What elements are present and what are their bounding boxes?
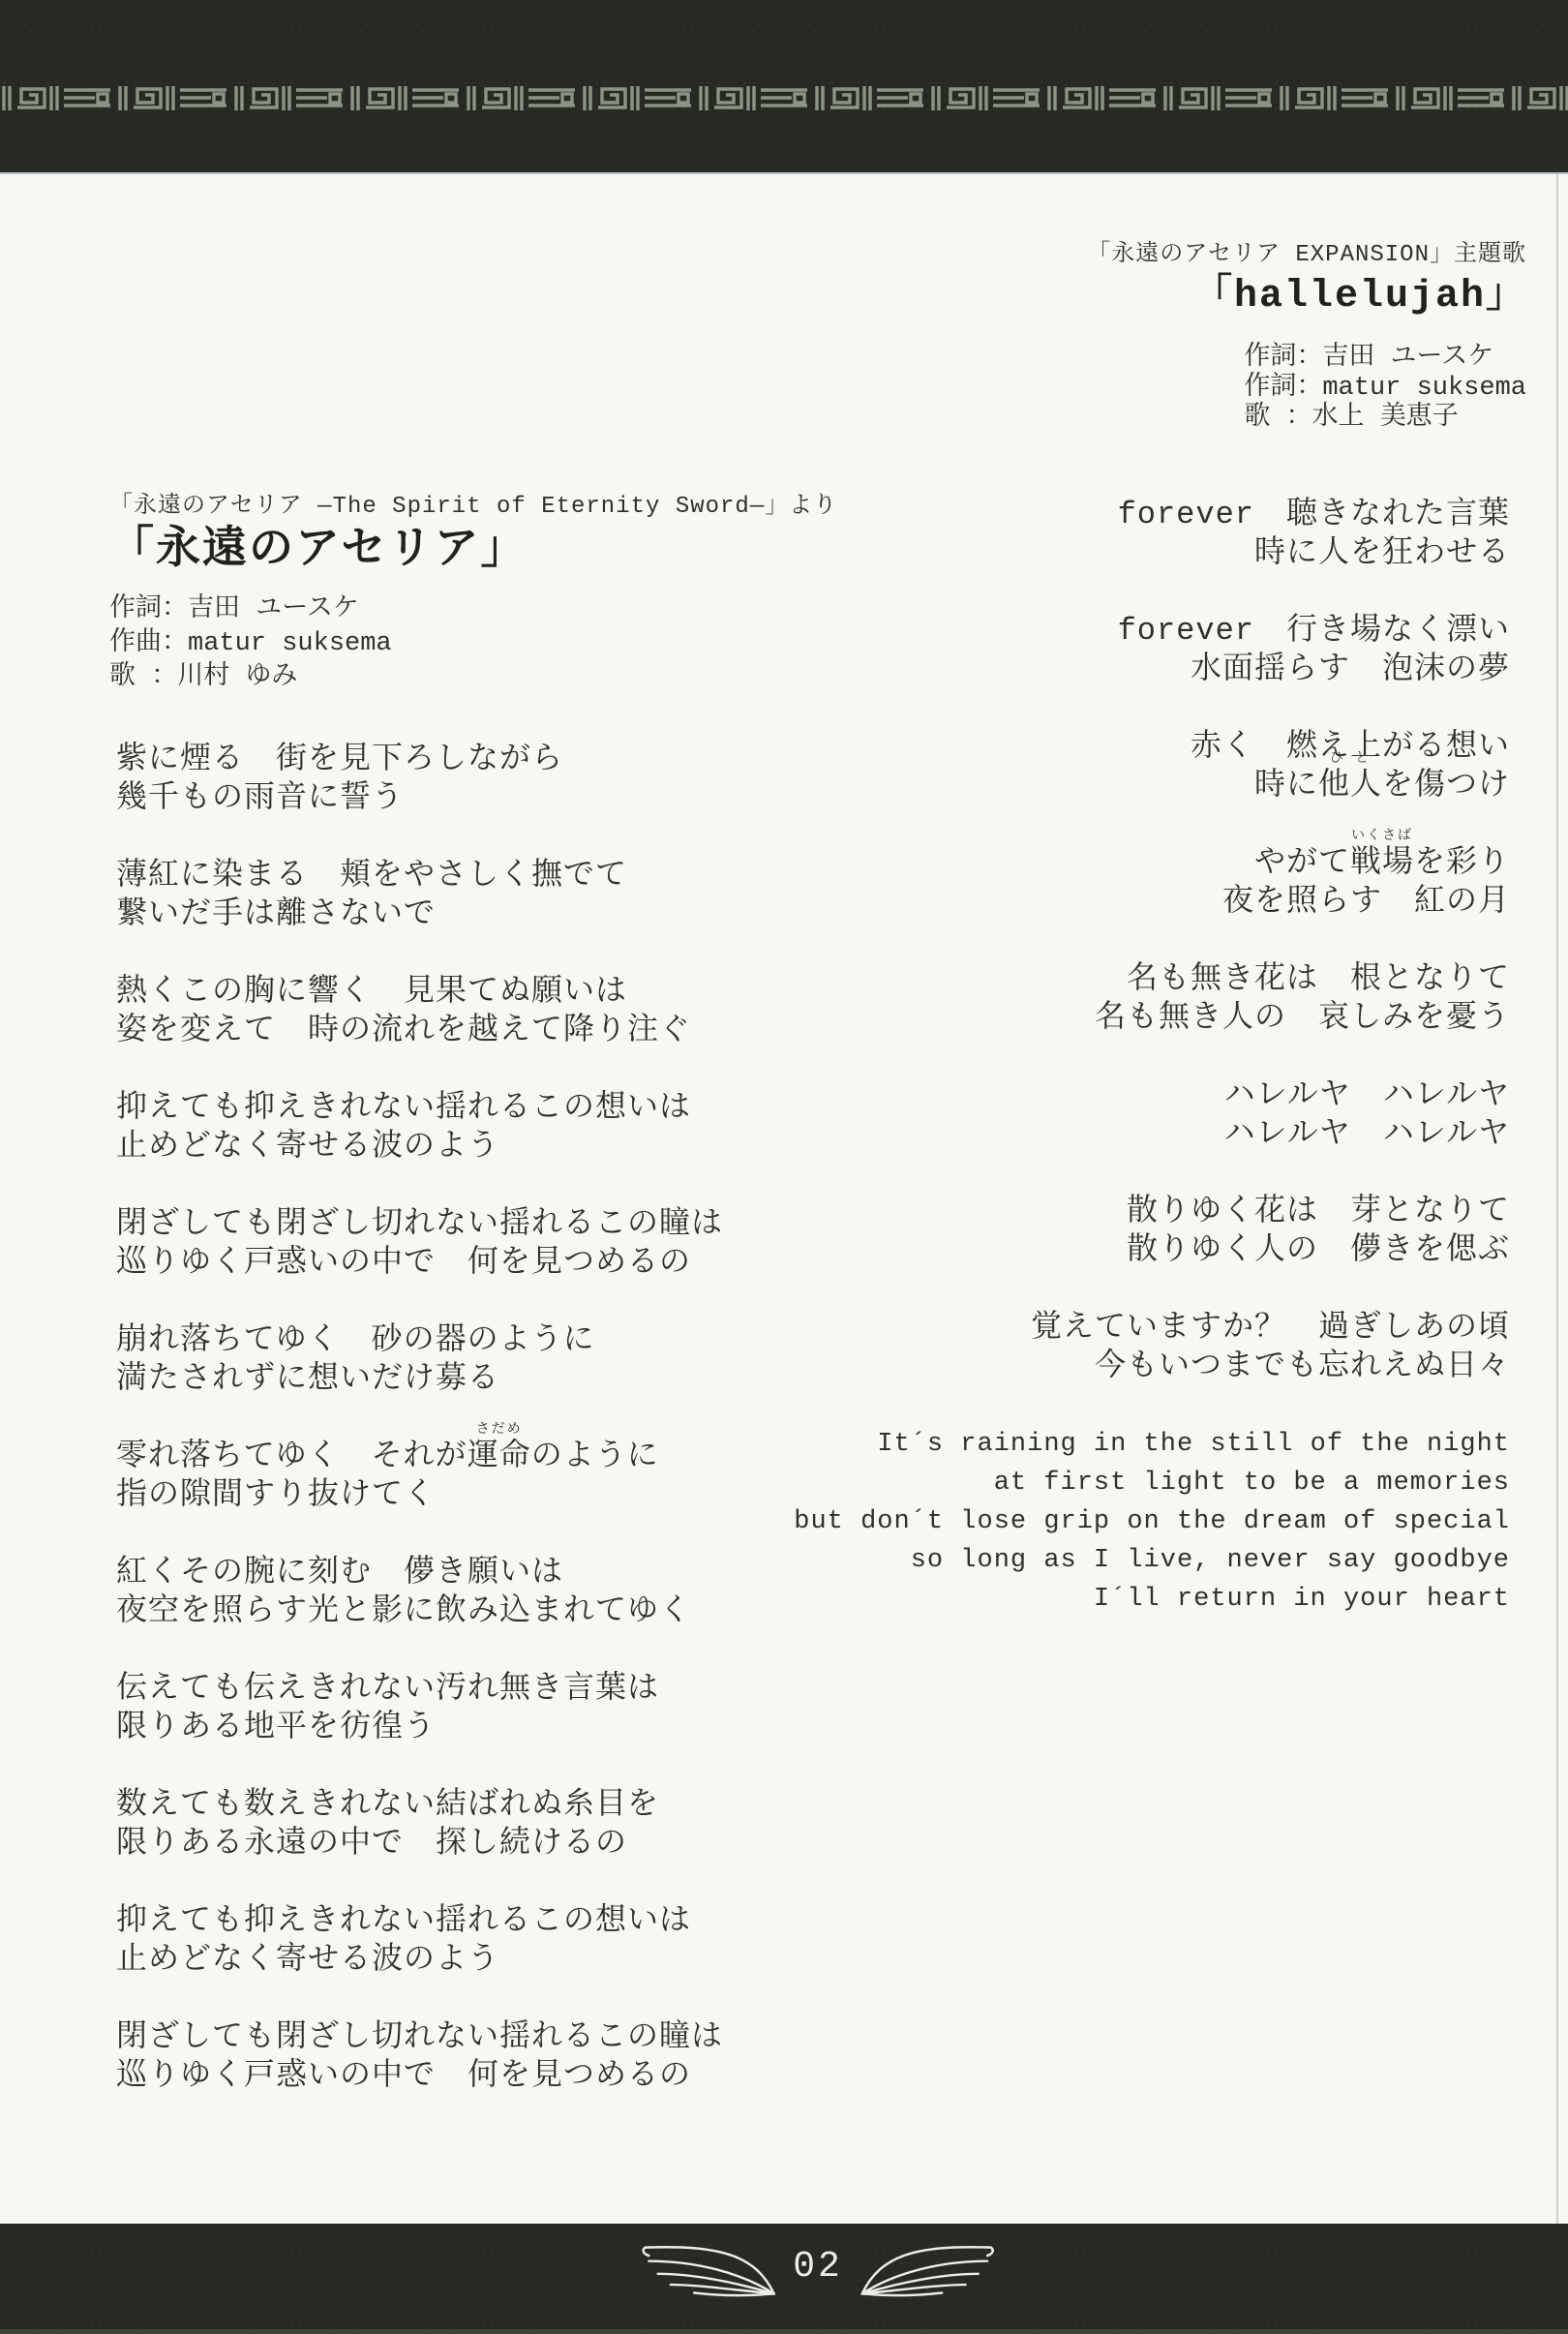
lyric-line: 今もいつまでも忘れえぬ日々 [794, 1348, 1510, 1386]
lyric-line: 夜を照らす 紅の月 [794, 883, 1510, 922]
lyric-line: 繋いだ手は離さないで [116, 895, 723, 934]
lyric-line: 時に人を狂わせる [794, 534, 1510, 573]
song1-title: 「永遠のアセリア」 [109, 524, 837, 578]
song2-header: 「永遠のアセリア EXPANSION」主題歌 「hallelujah」 作詞：吉… [1087, 239, 1526, 434]
lyric-line: 伝えても伝えきれない汚れ無き言葉は [116, 1670, 723, 1709]
footer-band: 02 [0, 2224, 1568, 2334]
scan-bottom-edge [0, 2329, 1568, 2334]
song1-lyrics-column: 紫に煙る 街を見下ろしながら 幾千もの雨音に誓う 薄紅に染まる 頬をやさしく撫で… [116, 741, 723, 2135]
lyric-line: 紅くその腕に刻む 儚き願いは [116, 1554, 723, 1592]
lyric-stanza: 零れ落ちてゆく それがさだめ運命のように 指の隙間すり抜けてく [116, 1438, 723, 1515]
credit-line: 作詞：吉田 ユースケ [109, 593, 392, 627]
lyric-line-with-furigana: 零れ落ちてゆく それがさだめ運命のように [116, 1438, 723, 1476]
kufic-pattern-border [0, 85, 1568, 111]
paper-area: 「永遠のアセリア EXPANSION」主題歌 「hallelujah」 作詞：吉… [0, 172, 1568, 2224]
lyric-stanza: 散りゆく花は 芽となりて 散りゆく人の 儚きを偲ぶ [794, 1193, 1510, 1270]
lyric-line: forever 行き場なく漂い [794, 612, 1510, 651]
lyric-line: 満たされずに想いだけ募る [116, 1360, 723, 1399]
lyric-line: 紫に煙る 街を見下ろしながら [116, 741, 723, 779]
lyric-stanza: 抑えても抑えきれない揺れるこの想いは 止めどなく寄せる波のよう [116, 1902, 723, 1980]
lyric-line: 薄紅に染まる 頬をやさしく撫でて [116, 857, 723, 895]
lyric-line: 幾千もの雨音に誓う [116, 779, 723, 818]
lyric-stanza: 名も無き花は 根となりて 名も無き人の 哀しみを憂う [794, 960, 1510, 1038]
ruby-pre: 時に [1254, 768, 1318, 803]
lyric-stanza: 紫に煙る 街を見下ろしながら 幾千もの雨音に誓う [116, 741, 723, 818]
ruby-base-text: 他人 [1318, 768, 1382, 803]
song1-header: 「永遠のアセリア ―The Spirit of Eternity Sword―」… [109, 491, 837, 695]
lyric-line: 止めどなく寄せる波のよう [116, 1941, 723, 1980]
lyric-line: 覚えていますか？ 過ぎしあの頃 [794, 1309, 1510, 1348]
song2-title: 「hallelujah」 [1087, 272, 1526, 322]
song2-lyrics-column: forever 聴きなれた言葉 時に人を狂わせる forever 行き場なく漂い… [794, 496, 1510, 1657]
ruby-base-text: 戦場 [1350, 845, 1414, 881]
lyric-stanza: 赤く 燃え上がる想い 時にひ と他人を傷つけ [794, 728, 1510, 805]
english-lyrics-block: It´s raining in the still of the night a… [794, 1425, 1510, 1619]
ruby-base: ひ と他人 [1318, 767, 1382, 805]
song1-tagline: 「永遠のアセリア ―The Spirit of Eternity Sword―」… [109, 491, 837, 524]
lyric-stanza: ハレルヤ ハレルヤ ハレルヤ ハレルヤ [794, 1076, 1510, 1154]
furigana-text: いくさば [1351, 830, 1413, 843]
credit-line: 歌 ：水上 美恵子 [1244, 404, 1526, 434]
lyric-stanza: forever 行き場なく漂い 水面揺らす 泡沫の夢 [794, 612, 1510, 689]
lyric-stanza: 伝えても伝えきれない汚れ無き言葉は 限りある地平を彷徨う [116, 1670, 723, 1747]
top-border-band [0, 0, 1568, 172]
lyric-line: 散りゆく人の 儚きを偲ぶ [794, 1231, 1510, 1270]
lyric-line: 指の隙間すり抜けてく [116, 1476, 723, 1515]
lyric-line: 水面揺らす 泡沫の夢 [794, 651, 1510, 689]
ruby-post: を彩り [1414, 845, 1510, 881]
lyric-stanza: 数えても数えきれない結ばれぬ糸目を 限りある永遠の中で 探し続けるの [116, 1786, 723, 1864]
left-wing-icon [636, 2239, 781, 2303]
lyric-stanza: 閉ざしても閉ざし切れない揺れるこの瞳は 巡りゆく戸惑いの中で 何を見つめるの [116, 2018, 723, 2096]
lyric-stanza: 閉ざしても閉ざし切れない揺れるこの瞳は 巡りゆく戸惑いの中で 何を見つめるの [116, 1205, 723, 1283]
lyric-stanza: 覚えていますか？ 過ぎしあの頃 今もいつまでも忘れえぬ日々 [794, 1309, 1510, 1386]
lyric-line: 抑えても抑えきれない揺れるこの想いは [116, 1902, 723, 1941]
english-lyric-line: I´ll return in your heart [794, 1580, 1510, 1619]
credit-line: 作曲：matur suksema [109, 627, 392, 661]
lyric-stanza: 薄紅に染まる 頬をやさしく撫でて 繋いだ手は離さないで [116, 857, 723, 934]
lyric-line-with-furigana: やがていくさば戦場を彩り [794, 844, 1510, 883]
lyric-line: 止めどなく寄せる波のよう [116, 1128, 723, 1167]
english-lyric-line: at first light to be a memories [794, 1464, 1510, 1502]
lyric-line: ハレルヤ ハレルヤ [794, 1115, 1510, 1154]
lyric-line: 崩れ落ちてゆく 砂の器のように [116, 1321, 723, 1360]
english-lyric-line: but don´t lose grip on the dream of spec… [794, 1502, 1510, 1541]
furigana-text: さだめ [476, 1423, 523, 1437]
lyrics-page-scan: 「永遠のアセリア EXPANSION」主題歌 「hallelujah」 作詞：吉… [0, 0, 1568, 2334]
credit-line: 作詞：matur suksema [1244, 374, 1526, 404]
lyric-line: 抑えても抑えきれない揺れるこの想いは [116, 1089, 723, 1128]
ruby-pre: 零れ落ちてゆく それが [116, 1439, 467, 1474]
song2-tagline: 「永遠のアセリア EXPANSION」主題歌 [1087, 239, 1526, 272]
ruby-pre: やがて [1254, 845, 1350, 881]
ruby-base: さだめ運命 [467, 1438, 531, 1476]
lyric-line: 限りある永遠の中で 探し続けるの [116, 1825, 723, 1864]
lyric-line: 閉ざしても閉ざし切れない揺れるこの瞳は [116, 2018, 723, 2057]
page-number: 02 [793, 2249, 843, 2293]
lyric-line: forever 聴きなれた言葉 [794, 496, 1510, 534]
lyric-line: 熱くこの胸に響く 見果てぬ願いは [116, 973, 723, 1012]
ruby-base-text: 運命 [467, 1439, 531, 1474]
lyric-line: 巡りゆく戸惑いの中で 何を見つめるの [116, 1244, 723, 1283]
furigana-text: ひ と [1330, 752, 1371, 766]
lyric-line: 閉ざしても閉ざし切れない揺れるこの瞳は [116, 1205, 723, 1244]
lyric-stanza: 熱くこの胸に響く 見果てぬ願いは 姿を変えて 時の流れを越えて降り注ぐ [116, 973, 723, 1050]
english-lyric-line: so long as I live, never say goodbye [794, 1541, 1510, 1580]
english-lyric-line: It´s raining in the still of the night [794, 1425, 1510, 1464]
song1-credits: 作詞：吉田 ユースケ 作曲：matur suksema 歌 ：川村 ゆみ [109, 593, 392, 695]
lyric-line: 巡りゆく戸惑いの中で 何を見つめるの [116, 2057, 723, 2096]
lyric-line: 夜空を照らす光と影に飲み込まれてゆく [116, 1592, 723, 1631]
credit-line: 作詞：吉田 ユースケ [1244, 344, 1526, 374]
page-footer-emblem: 02 [636, 2239, 1000, 2303]
lyric-line: 名も無き人の 哀しみを憂う [794, 999, 1510, 1038]
lyric-stanza: forever 聴きなれた言葉 時に人を狂わせる [794, 496, 1510, 573]
ruby-base: いくさば戦場 [1350, 844, 1414, 883]
lyric-stanza: やがていくさば戦場を彩り 夜を照らす 紅の月 [794, 844, 1510, 922]
lyric-stanza: 紅くその腕に刻む 儚き願いは 夜空を照らす光と影に飲み込まれてゆく [116, 1554, 723, 1631]
lyric-line: ハレルヤ ハレルヤ [794, 1076, 1510, 1115]
lyric-line: 姿を変えて 時の流れを越えて降り注ぐ [116, 1012, 723, 1050]
scan-edge-line [1556, 174, 1558, 2224]
lyric-line: 名も無き花は 根となりて [794, 960, 1510, 999]
lyric-stanza: 崩れ落ちてゆく 砂の器のように 満たされずに想いだけ募る [116, 1321, 723, 1399]
credit-line: 歌 ：川村 ゆみ [109, 661, 392, 695]
lyric-line: 散りゆく花は 芽となりて [794, 1193, 1510, 1231]
lyric-line: 限りある地平を彷徨う [116, 1709, 723, 1747]
lyric-stanza: 抑えても抑えきれない揺れるこの想いは 止めどなく寄せる波のよう [116, 1089, 723, 1167]
lyric-line: 赤く 燃え上がる想い [794, 728, 1510, 767]
lyric-line: 数えても数えきれない結ばれぬ糸目を [116, 1786, 723, 1825]
ruby-post: のように [531, 1439, 659, 1474]
lyric-line-with-furigana: 時にひ と他人を傷つけ [794, 767, 1510, 805]
ruby-post: を傷つけ [1382, 768, 1510, 803]
song2-credits: 作詞：吉田 ユースケ 作詞：matur suksema 歌 ：水上 美恵子 [1244, 344, 1526, 434]
right-wing-icon [855, 2239, 1000, 2303]
